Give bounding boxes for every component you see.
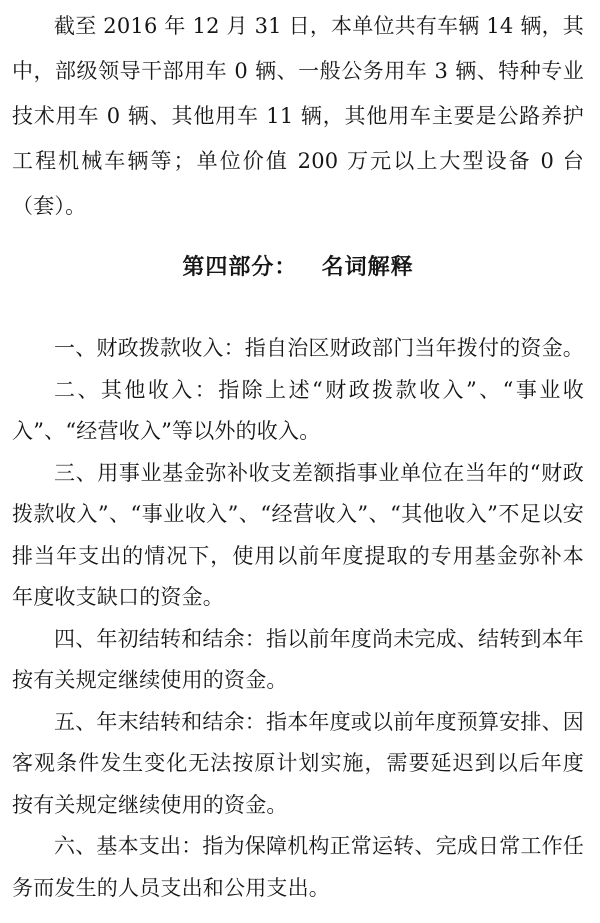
definitions-list: 一、财政拨款收入：指自治区财政部门当年拨付的资金。 二、其他收入：指除上述“财政… (12, 328, 584, 909)
definition-item: 四、年初结转和结余：指以前年度尚未完成、结转到本年 按有关规定继续使用的资金。 (12, 619, 584, 702)
document-page: 截至 2016 年 12 月 31 日，本单位共有车辆 14 辆，其中，部级领导… (0, 0, 600, 923)
section-heading-title: 名词解释 (322, 254, 414, 280)
section-heading: 第四部分：名词解释 (12, 245, 584, 290)
definition-item: 三、用事业基金弥补收支差额指事业单位在当年的“财政拨款收入”、“事业收入”、“经… (12, 453, 584, 619)
section-heading-label: 第四部分： (182, 254, 297, 280)
definition-item: 六、基本支出：指为保障机构正常运转、完成日常工作任务而发生的人员支出和公用支出。 (12, 826, 584, 909)
intro-paragraph: 截至 2016 年 12 月 31 日，本单位共有车辆 14 辆，其中，部级领导… (12, 4, 584, 229)
definition-item: 一、财政拨款收入：指自治区财政部门当年拨付的资金。 (12, 328, 584, 370)
definition-item: 五、年末结转和结余：指本年度或以前年度预算安排、因客观条件发生变化无法按原计划实… (12, 702, 584, 827)
definition-item: 二、其他收入：指除上述“财政拨款收入”、“事业收入”、“经营收入”等以外的收入。 (12, 370, 584, 453)
